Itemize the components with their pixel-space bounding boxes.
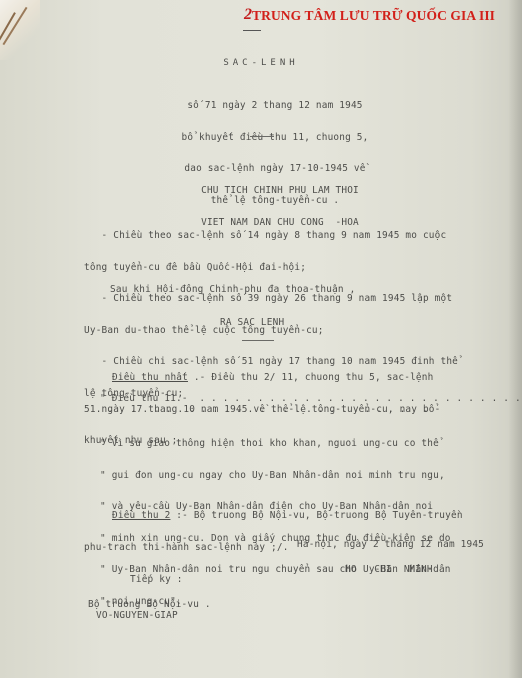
countersign-label: Tiếp ky :: [130, 575, 183, 586]
quoted-heading-text: " Điều thu 11.-: [100, 393, 188, 404]
subtitle-line: bổ khuyết điều thu 11, chuong 5,: [100, 133, 450, 144]
countersigner-title: Bộ truong Bộ Nội-vu .: [88, 600, 211, 611]
authority-line: CHU TICH CHINH PHU LAM THOI: [100, 186, 460, 197]
decree-heading: RA SAC LENH: [220, 318, 284, 329]
page-number-underline: [243, 30, 261, 31]
ellipsis-line: . . . . . . . . . . . . . . . . . . . . …: [84, 405, 429, 416]
quoted-line: " gui đon ung-cu ngay cho Uy-Ban Nhân-dâ…: [100, 471, 451, 482]
article-1-text: .- Điều thu 2/ 11, chuong thu 5, sac-lện…: [188, 372, 433, 383]
decree-title-text: SAC-LENH: [0, 58, 522, 69]
ellipsis-dots: . . . . . . . . . . . . . . . . . . . . …: [188, 393, 522, 404]
quoted-article-heading: " Điều thu 11.- . . . . . . . . . . . . …: [100, 394, 522, 405]
page-edge-shadow: [508, 0, 522, 678]
archive-stamp: TRUNG TÂM LƯU TRỮ QUỐC GIA III: [252, 8, 495, 24]
preamble-line: - Chiều theo sac-lệnh số 39 ngày 26 than…: [84, 294, 458, 305]
preamble-line: tông tuyển-cu đê bầu Quốc-Hội đai-hội;: [84, 263, 458, 274]
preamble-line: - Chiều theo sac-lệnh số 14 ngày 8 thang…: [84, 231, 458, 242]
place-and-date: Hà-nội, ngày 2 thang 12 nam 1945: [297, 540, 484, 551]
decree-heading-rule: [242, 340, 274, 341]
decree-title: SAC-LENH: [0, 58, 522, 69]
quoted-line: " Vì su giao thông hiện thoi kho khan, n…: [100, 439, 451, 450]
separator-rule: [250, 136, 274, 137]
subtitle-line: số 71 ngày 2 thang 12 nam 1945: [100, 101, 450, 112]
article-2-text: :- Bộ truong Bộ Nội-vu, Bộ-truong Bộ Tuy…: [170, 510, 462, 521]
council-consent: Sau khi Hội-đông Chinh-phu đa thoa-thuận…: [110, 285, 355, 296]
article-2-label: Điều thu 2: [84, 510, 170, 521]
article-2: Điều thu 2 :- Bộ truong Bộ Nội-vu, Bộ-tr…: [84, 490, 463, 564]
article-1-label: Điều thu nhất: [84, 372, 188, 383]
archive-page-number: 2: [244, 6, 252, 24]
signatory-name: HO CHI MINH: [345, 565, 433, 576]
countersigner-name: VO-NGUYEN-GIAP: [96, 611, 178, 622]
